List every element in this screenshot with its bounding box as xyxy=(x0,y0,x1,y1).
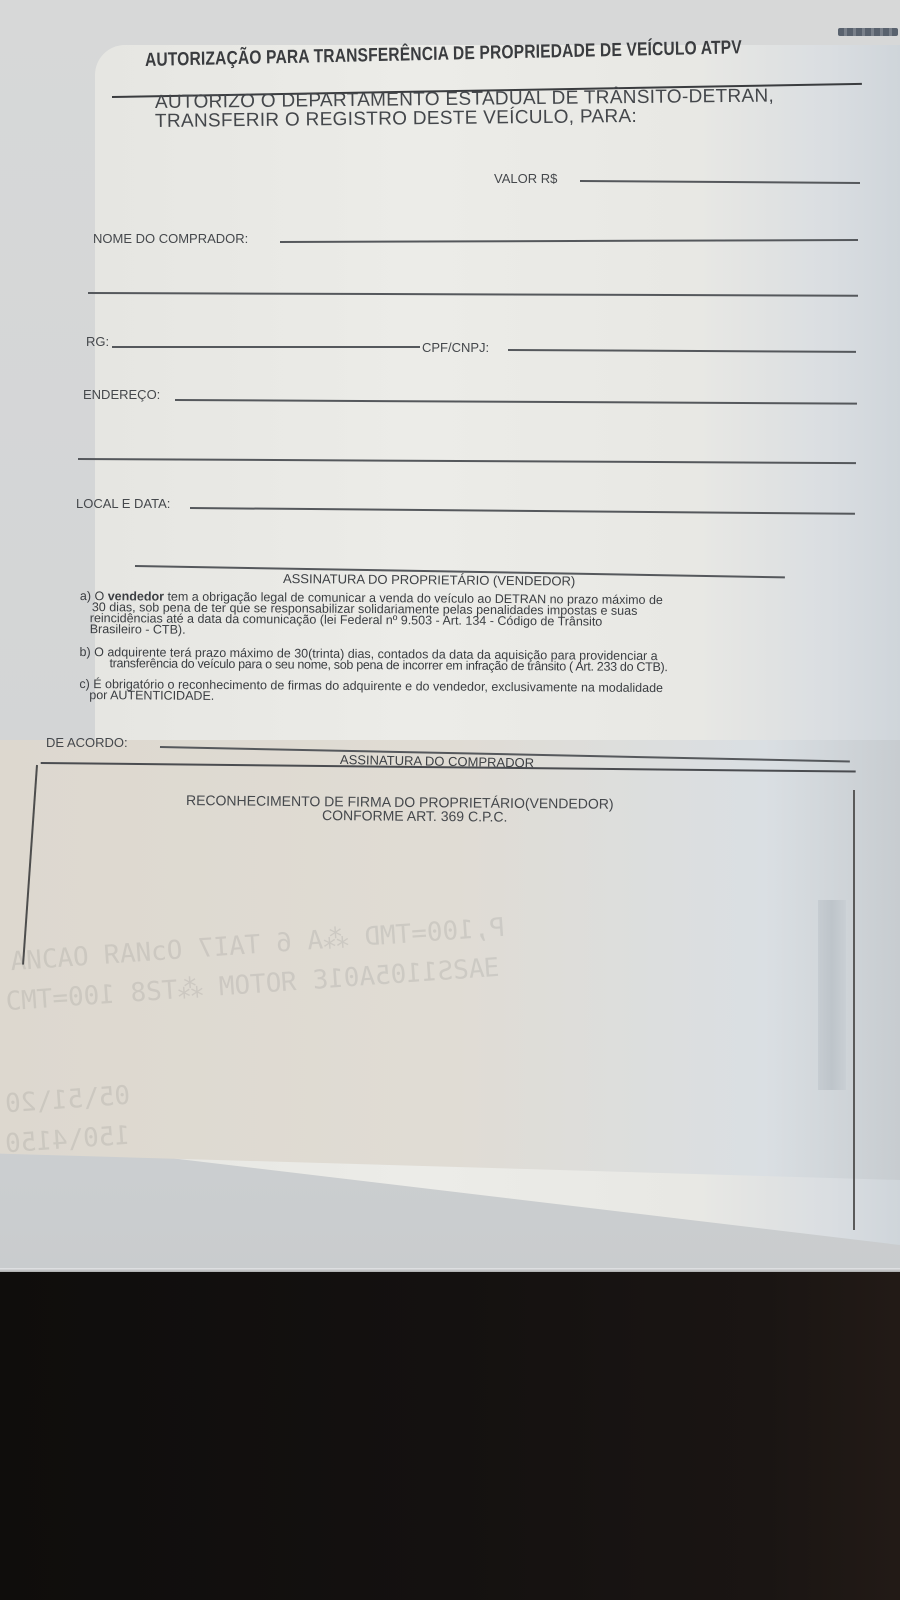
notary-box-line-2: CONFORME ART. 369 C.P.C. xyxy=(322,807,508,825)
dark-floor-background xyxy=(0,1272,900,1600)
de-acordo-label: DE ACORDO: xyxy=(46,735,128,750)
notary-recognition-box xyxy=(35,762,855,1293)
note-c-line-2: por AUTENTICIDADE. xyxy=(89,689,214,702)
rg-label: RG: xyxy=(86,334,109,349)
note-a-line-4: Brasileiro - CTB). xyxy=(90,623,186,636)
seller-signature-caption: ASSINATURA DO PROPRIETÁRIO (VENDEDOR) xyxy=(283,571,575,589)
cpf-cnpj-label: CPF/CNPJ: xyxy=(422,340,489,355)
endereco-label: ENDEREÇO: xyxy=(83,387,160,402)
printed-corner-mark xyxy=(838,28,898,36)
valor-label: VALOR R$ xyxy=(494,171,557,186)
local-data-label: LOCAL E DATA: xyxy=(76,496,170,511)
rg-field[interactable] xyxy=(112,346,420,348)
nome-comprador-label: NOME DO COMPRADOR: xyxy=(93,231,248,246)
